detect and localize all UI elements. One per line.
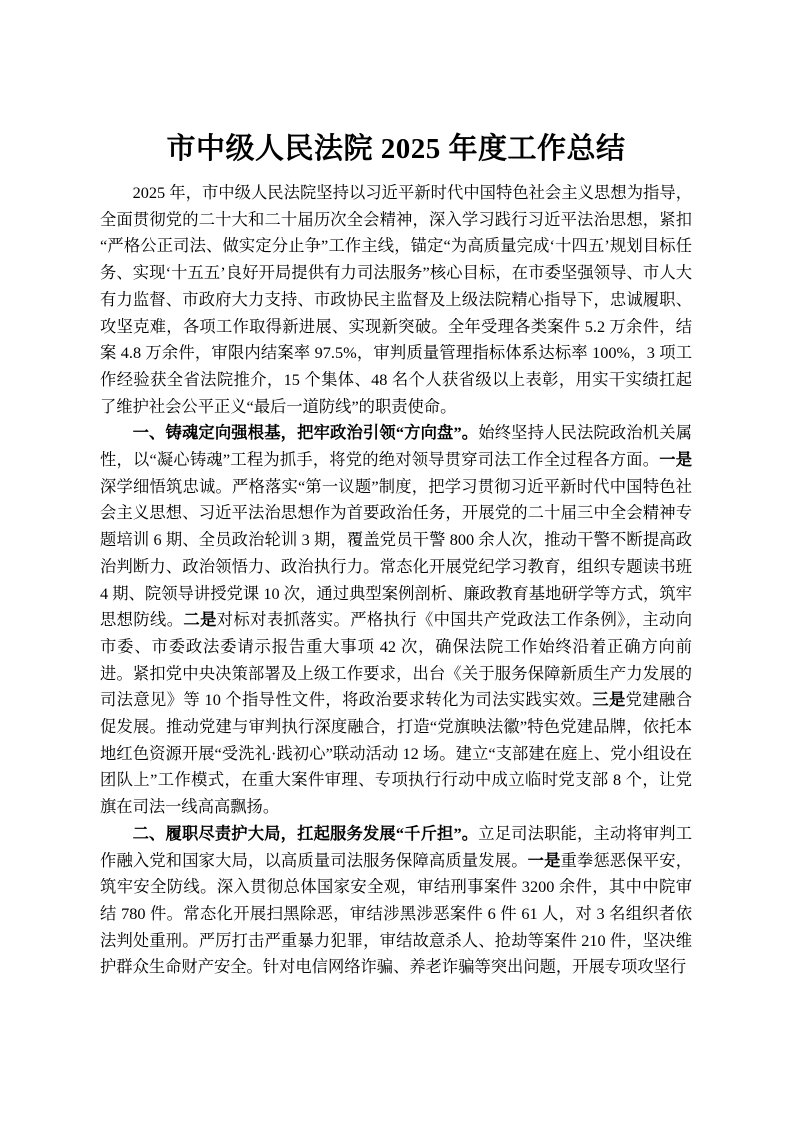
emphasis-segment: 一、铸魂定向强根基，把牢政治引领“方向盘”。 — [133, 423, 479, 442]
text-segment: 2025 年，市中级人民法院坚持以习近平新时代中国特色社会主义思想为指导，全面贯… — [100, 183, 692, 416]
emphasis-segment: 一是 — [528, 851, 561, 870]
emphasis-segment: 二、履职尽责护大局，扛起服务发展“千斤担”。 — [133, 824, 479, 843]
paragraph: 二、履职尽责护大局，扛起服务发展“千斤担”。立足司法职能，主动将审判工作融入党和… — [100, 821, 692, 981]
paragraph: 一、铸魂定向强根基，把牢政治引领“方向盘”。始终坚持人民法院政治机关属性，以“凝… — [100, 420, 692, 821]
paragraph: 2025 年，市中级人民法院坚持以习近平新时代中国特色社会主义思想为指导，全面贯… — [100, 180, 692, 420]
document-title: 市中级人民法院 2025 年度工作总结 — [100, 126, 692, 172]
document-page: 市中级人民法院 2025 年度工作总结 2025 年，市中级人民法院坚持以习近平… — [0, 0, 793, 1121]
emphasis-segment: 三是 — [592, 690, 625, 709]
text-segment: 深学细悟筑忠诚。严格落实“第一议题”制度，把学习贯彻习近平新时代中国特色社会主义… — [100, 477, 692, 630]
document-content: 市中级人民法院 2025 年度工作总结 2025 年，市中级人民法院坚持以习近平… — [0, 0, 793, 1121]
emphasis-segment: 二是 — [183, 610, 216, 629]
emphasis-segment: 一是 — [659, 450, 692, 469]
document-body: 2025 年，市中级人民法院坚持以习近平新时代中国特色社会主义思想为指导，全面贯… — [100, 180, 692, 981]
